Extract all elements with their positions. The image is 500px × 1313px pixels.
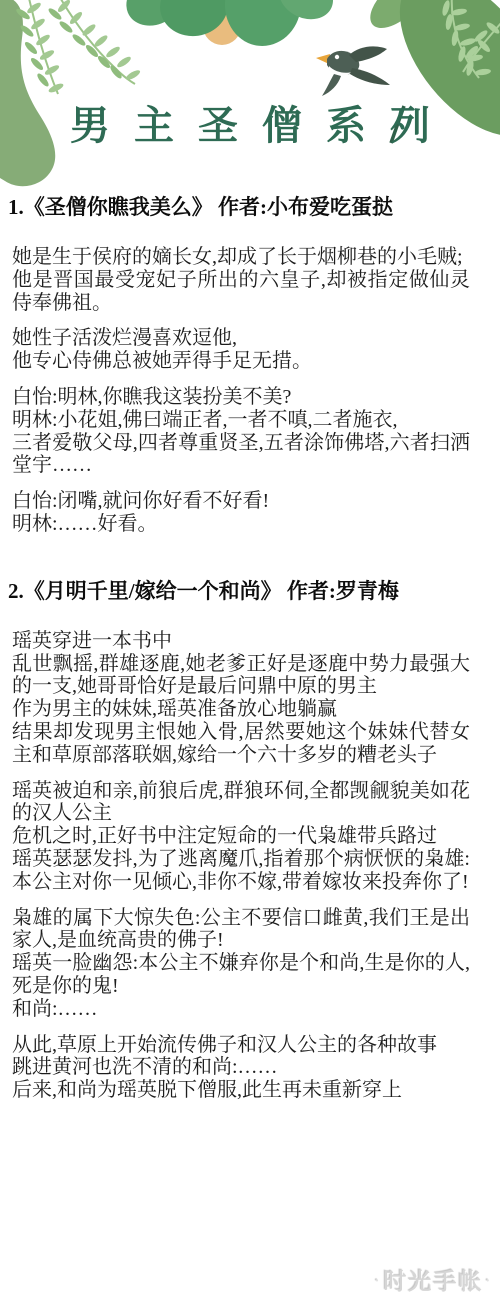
page-title: 男主圣僧系列 <box>0 94 500 151</box>
watermark-left-mark: · <box>373 1274 384 1289</box>
willow-branch-icon <box>15 0 142 94</box>
watermark-text: 时光手帐 <box>383 1269 483 1294</box>
book-paragraph: 瑶英穿进一本书中 乱世飘摇,群雄逐鹿,她老爹正好是逐鹿中势力最强大的一支,她哥哥… <box>12 630 470 767</box>
book-paragraph: 枭雄的属下大惊失色:公主不要信口雌黄,我们王是出家人,是血统高贵的佛子! 瑶英一… <box>12 907 470 1021</box>
book-paragraph: 瑶英被迫和亲,前狼后虎,群狼环伺,全都觊觎貌美如花的汉人公主 危机之时,正好书中… <box>12 780 470 894</box>
book-section: 2.《月明千里/嫁给一个和尚》 作者:罗青梅瑶英穿进一本书中 乱世飘摇,群雄逐鹿… <box>12 578 470 1102</box>
book-section: 1.《圣僧你瞧我美么》 作者:小布爱吃蛋挞她是生于侯府的嫡长女,却成了长于烟柳巷… <box>12 194 470 536</box>
watermark-right-mark: · <box>483 1274 494 1289</box>
book-heading: 2.《月明千里/嫁给一个和尚》 作者:罗青梅 <box>8 578 470 604</box>
tree-canopy-icon <box>117 0 341 50</box>
watermark: ·时光手帐· <box>373 1263 494 1296</box>
book-list: 1.《圣僧你瞧我美么》 作者:小布爱吃蛋挞她是生于侯府的嫡长女,却成了长于烟柳巷… <box>0 190 500 1102</box>
book-paragraph: 她性子活泼烂漫喜欢逗他, 他专心侍佛总被她弄得手足无措。 <box>12 327 470 373</box>
book-paragraph: 白怡:明林,你瞧我这装扮美不美? 明林:小花姐,佛曰端正者,一者不嗔,二者施衣,… <box>12 386 470 477</box>
book-paragraph: 她是生于侯府的嫡长女,却成了长于烟柳巷的小毛贼; 他是晋国最受宠妃子所出的六皇子… <box>12 246 470 314</box>
decorative-header: 男主圣僧系列 <box>0 0 500 190</box>
book-paragraph: 从此,草原上开始流传佛子和汉人公主的各种故事 跳进黄河也洗不清的和尚:…… 后来… <box>12 1034 470 1102</box>
book-paragraph: 白怡:闭嘴,就问你好看不好看! 明林:……好看。 <box>12 490 470 536</box>
swallow-bird-icon <box>316 46 390 96</box>
book-heading: 1.《圣僧你瞧我美么》 作者:小布爱吃蛋挞 <box>8 194 470 220</box>
page: { "header": { "title": "男主圣僧系列", "title_… <box>0 0 500 1313</box>
